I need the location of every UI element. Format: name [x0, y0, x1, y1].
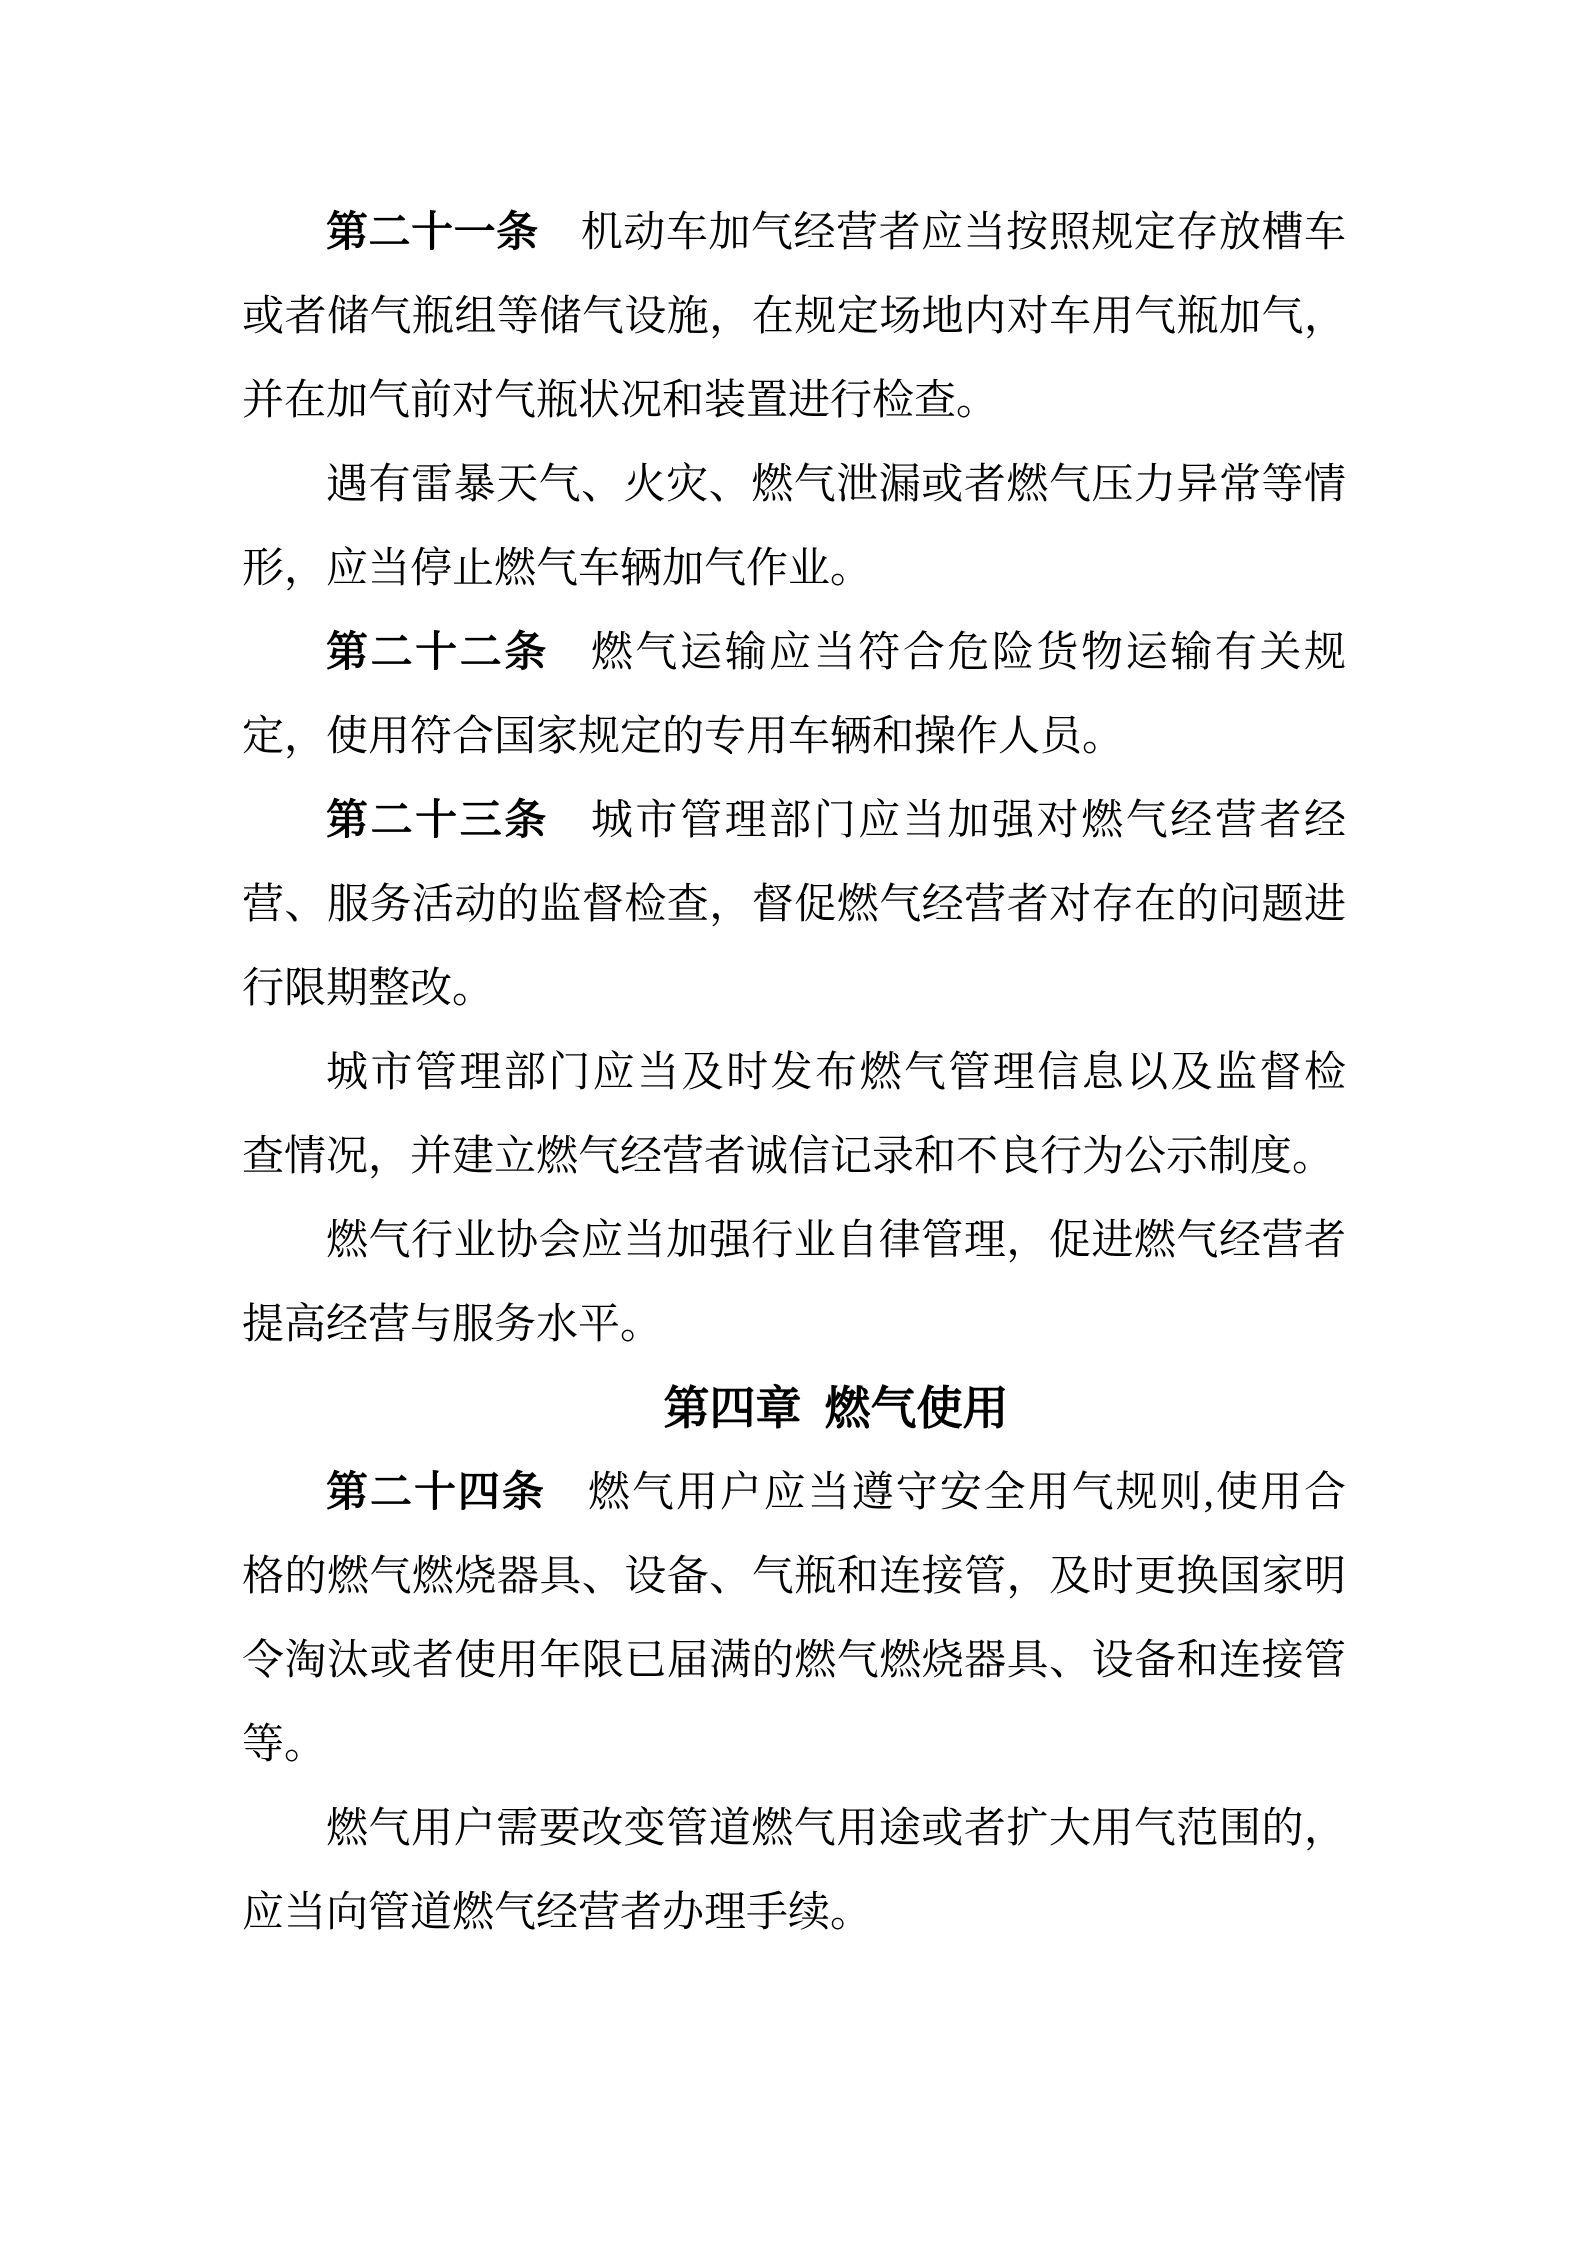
text-line: 或者储气瓶组等储气设施，在规定场地内对车用气瓶加气，: [242, 275, 1346, 359]
line-text: 城市管理部门应当加强对燃气经营者经: [591, 798, 1346, 844]
line-text: 令淘汰或者使用年限已届满的燃气燃烧器具、设备和连接管: [242, 1638, 1346, 1684]
line-text: 营、服务活动的监督检查，督促燃气经营者对存在的问题进: [242, 882, 1346, 928]
document-text: 第二十一条机动车加气经营者应当按照规定存放槽车或者储气瓶组等储气设施，在规定场地…: [242, 191, 1346, 1955]
text-line: 等。: [242, 1703, 1346, 1787]
text-line: 遇有雷暴天气、火灾、燃气泄漏或者燃气压力异常等情: [242, 443, 1346, 527]
line-text: 应当向管道燃气经营者办理手续。: [242, 1890, 872, 1936]
text-line: 行限期整改。: [242, 947, 1346, 1031]
line-text: 行限期整改。: [242, 966, 494, 1012]
text-line: 格的燃气燃烧器具、设备、气瓶和连接管，及时更换国家明: [242, 1535, 1346, 1619]
article-number: 第二十四条: [326, 1470, 546, 1516]
text-line: 并在加气前对气瓶状况和装置进行检查。: [242, 359, 1346, 443]
text-line: 营、服务活动的监督检查，督促燃气经营者对存在的问题进: [242, 863, 1346, 947]
line-text: 或者储气瓶组等储气设施，在规定场地内对车用气瓶加气，: [242, 294, 1346, 340]
chapter-title: 燃气使用: [825, 1383, 1009, 1434]
chapter-heading: 第四章燃气使用: [242, 1367, 1346, 1451]
line-text: 查情况，并建立燃气经营者诚信记录和不良行为公示制度。: [242, 1134, 1334, 1180]
line-text: 遇有雷暴天气、火灾、燃气泄漏或者燃气压力异常等情: [326, 462, 1346, 508]
line-text: 等。: [242, 1722, 326, 1768]
line-text: 定，使用符合国家规定的专用车辆和操作人员。: [242, 714, 1124, 760]
line-text: 燃气用户需要改变管道燃气用途或者扩大用气范围的，: [326, 1806, 1346, 1852]
article-first-line: 第二十三条城市管理部门应当加强对燃气经营者经: [242, 779, 1346, 863]
text-line: 城市管理部门应当及时发布燃气管理信息以及监督检: [242, 1031, 1346, 1115]
line-text: 燃气运输应当符合危险货物运输有关规: [591, 630, 1346, 676]
article-first-line: 第二十一条机动车加气经营者应当按照规定存放槽车: [242, 191, 1346, 275]
article-number: 第二十二条: [326, 630, 549, 676]
text-line: 燃气用户需要改变管道燃气用途或者扩大用气范围的，: [242, 1787, 1346, 1871]
text-line: 应当向管道燃气经营者办理手续。: [242, 1871, 1346, 1955]
text-line: 形，应当停止燃气车辆加气作业。: [242, 527, 1346, 611]
article-number: 第二十三条: [326, 798, 549, 844]
line-text: 格的燃气燃烧器具、设备、气瓶和连接管，及时更换国家明: [242, 1554, 1346, 1600]
line-text: 燃气行业协会应当加强行业自律管理，促进燃气经营者: [326, 1218, 1346, 1264]
line-text: 燃气用户应当遵守安全用气规则,使用合: [588, 1470, 1346, 1516]
article-number: 第二十一条: [326, 210, 539, 256]
line-text: 机动车加气经营者应当按照规定存放槽车: [581, 210, 1346, 256]
text-line: 查情况，并建立燃气经营者诚信记录和不良行为公示制度。: [242, 1115, 1346, 1199]
document-page: 第二十一条机动车加气经营者应当按照规定存放槽车或者储气瓶组等储气设施，在规定场地…: [0, 0, 1587, 2245]
text-line: 燃气行业协会应当加强行业自律管理，促进燃气经营者: [242, 1199, 1346, 1283]
line-text: 并在加气前对气瓶状况和装置进行检查。: [242, 378, 998, 424]
text-line: 定，使用符合国家规定的专用车辆和操作人员。: [242, 695, 1346, 779]
line-text: 形，应当停止燃气车辆加气作业。: [242, 546, 872, 592]
text-line: 令淘汰或者使用年限已届满的燃气燃烧器具、设备和连接管: [242, 1619, 1346, 1703]
chapter-number: 第四章: [664, 1383, 802, 1434]
article-first-line: 第二十二条燃气运输应当符合危险货物运输有关规: [242, 611, 1346, 695]
line-text: 提高经营与服务水平。: [242, 1302, 662, 1348]
article-first-line: 第二十四条燃气用户应当遵守安全用气规则,使用合: [242, 1451, 1346, 1535]
line-text: 城市管理部门应当及时发布燃气管理信息以及监督检: [326, 1050, 1346, 1096]
text-line: 提高经营与服务水平。: [242, 1283, 1346, 1367]
